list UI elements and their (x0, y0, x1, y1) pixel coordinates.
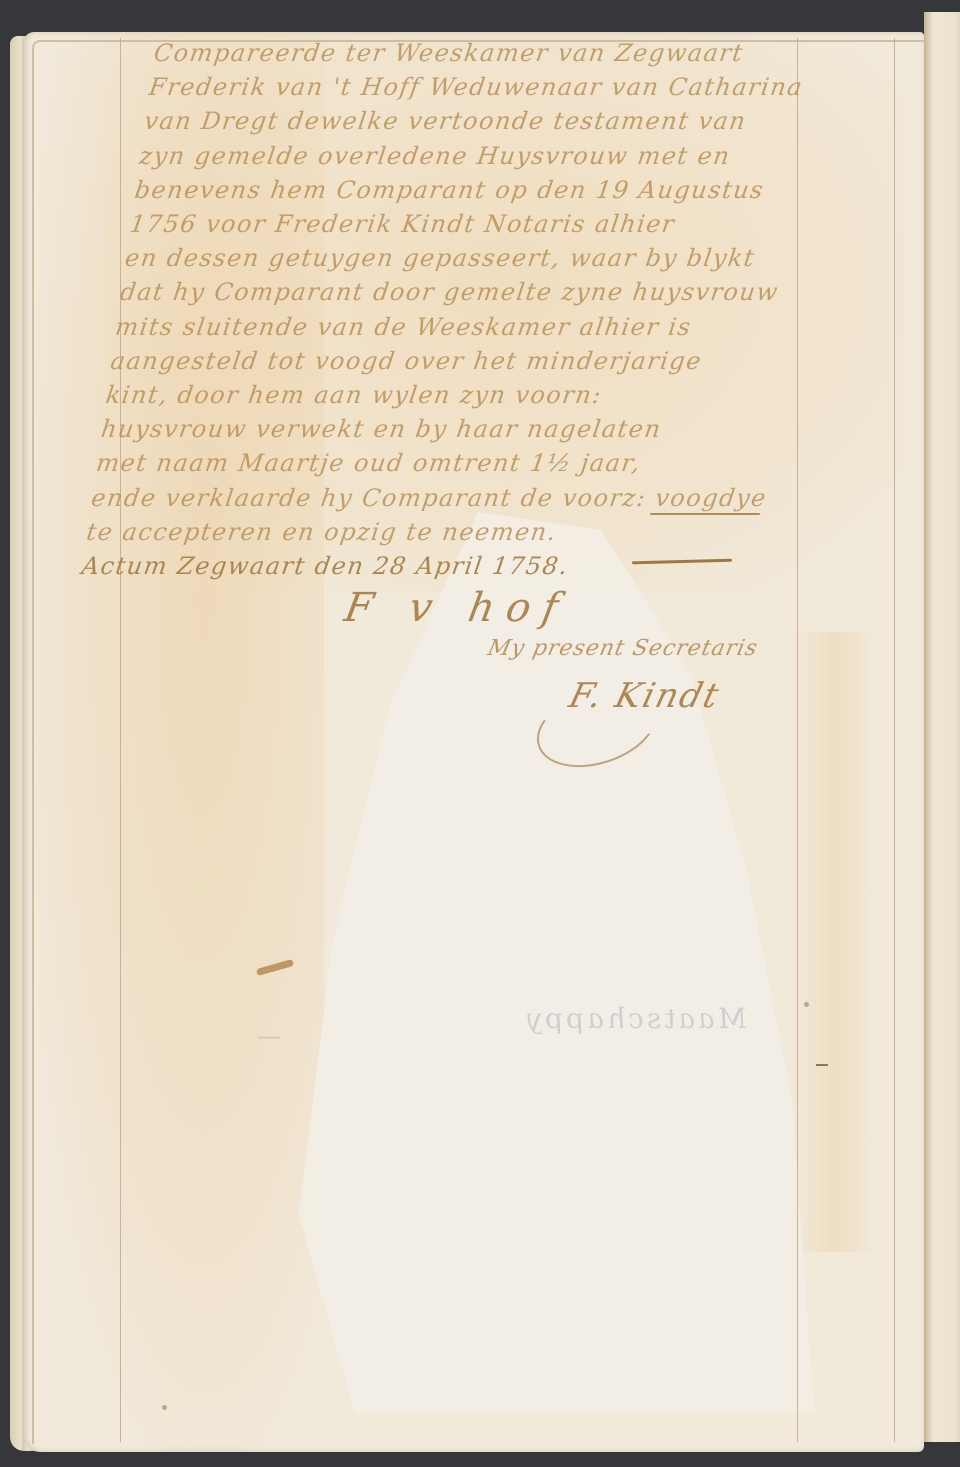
text-line: zyn gemelde overledene Huysvrouw met en (137, 139, 862, 173)
text-line: met naam Maartje oud omtrent 1½ jaar, (94, 446, 819, 480)
text-line: aangesteld tot voogd over het minderjari… (108, 344, 833, 378)
closing-stroke (650, 513, 760, 515)
text-line: dat hy Comparant door gemelte zyne huysv… (118, 275, 843, 309)
attestation-text: My present Secretaris (485, 636, 760, 661)
left-margin-rule (120, 38, 121, 1442)
text-line: huysvrouw verwekt en by haar nagelaten (99, 412, 824, 446)
water-stain-right (794, 632, 874, 1252)
text-line: benevens hem Comparant op den 19 Augustu… (132, 173, 857, 207)
date-line: Actum Zegwaart den 28 April 1758. (80, 549, 805, 583)
scanned-document: Maatschappy — Compareerde ter Weeskamer … (0, 0, 960, 1467)
text-line: van Dregt dewelke vertoonde testament va… (142, 104, 867, 138)
paper-speck (162, 1405, 167, 1410)
bleed-through-text: Maatschappy (522, 1002, 749, 1035)
paper-speck (804, 1002, 809, 1007)
clerk-signature: F. Kindt (565, 676, 724, 716)
text-line: te accepteren en opzig te neemen. (84, 515, 809, 549)
text-line: Compareerde ter Weeskamer van Zegwaart (152, 36, 877, 70)
handwritten-body: Compareerde ter Weeskamer van Zegwaart F… (80, 36, 877, 583)
text-line: Frederik van 't Hoff Weduwenaar van Cath… (147, 70, 872, 104)
text-line: ende verklaarde hy Comparant de voorz: v… (89, 481, 814, 515)
text-line: en dessen getuygen gepasseert, waar by b… (123, 241, 848, 275)
outer-margin-rule (894, 38, 895, 1442)
margin-dash-mark (816, 1064, 828, 1066)
text-line: 1756 voor Frederik Kindt Notaris alhier (128, 207, 853, 241)
next-page-gutter (924, 12, 960, 1442)
bleed-through-text: — (252, 1022, 283, 1050)
text-line: mits sluitende van de Weeskamer alhier i… (113, 310, 838, 344)
text-line: kint, door hem aan wylen zyn voorn: (104, 378, 829, 412)
signatory-signature: F v hof (341, 585, 574, 631)
